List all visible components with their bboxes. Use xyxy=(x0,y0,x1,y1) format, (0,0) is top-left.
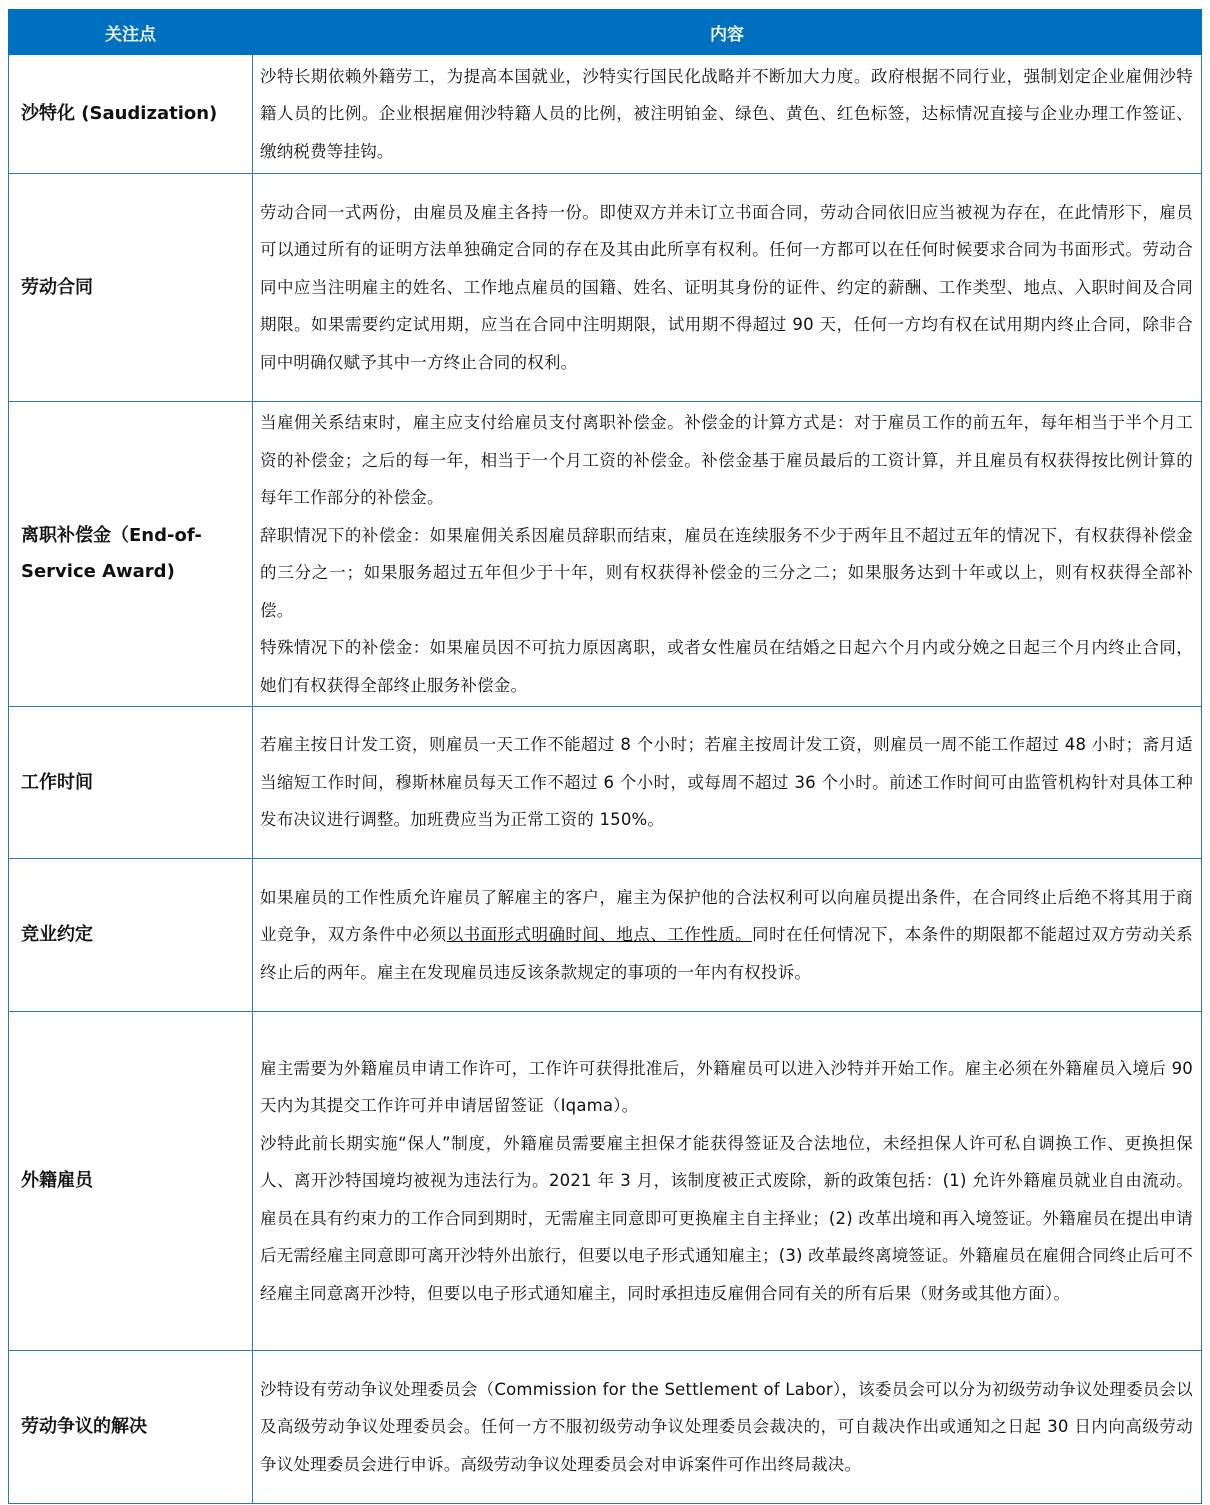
content-cell: 沙特长期依赖外籍劳工，为提高本国就业，沙特实行国民化战略并不断加大力度。政府根据… xyxy=(253,55,1202,174)
topic-cell: 工作时间 xyxy=(9,707,253,859)
content-cell: 若雇主按日计发工资，则雇员一天工作不能超过 8 个小时；若雇主按周计发工资，则雇… xyxy=(253,707,1202,859)
topic-cell: 劳动争议的解决 xyxy=(9,1351,253,1504)
content-paragraph: 劳动合同一式两份，由雇员及雇主各持一份。即使双方并未订立书面合同，劳动合同依旧应… xyxy=(260,194,1193,382)
topic-cell: 离职补偿金（End-of-Service Award) xyxy=(9,402,253,707)
content-cell: 雇主需要为外籍雇员申请工作许可，工作许可获得批准后，外籍雇员可以进入沙特并开始工… xyxy=(253,1012,1202,1351)
column-header-content: 内容 xyxy=(253,10,1202,55)
content-paragraph: 若雇主按日计发工资，则雇员一天工作不能超过 8 个小时；若雇主按周计发工资，则雇… xyxy=(260,726,1193,839)
table-row-labor-contract: 劳动合同 劳动合同一式两份，由雇员及雇主各持一份。即使双方并未订立书面合同，劳动… xyxy=(9,174,1202,402)
table-row-end-of-service-award: 离职补偿金（End-of-Service Award) 当雇佣关系结束时，雇主应… xyxy=(9,402,1202,707)
content-cell: 如果雇员的工作性质允许雇员了解雇主的客户，雇主为保护他的合法权利可以向雇员提出条… xyxy=(253,859,1202,1012)
column-header-focus: 关注点 xyxy=(9,10,253,55)
table-header-row: 关注点 内容 xyxy=(9,10,1202,55)
content-cell: 当雇佣关系结束时，雇主应支付给雇员支付离职补偿金。补偿金的计算方式是：对于雇员工… xyxy=(253,402,1202,707)
content-paragraph: 如果雇员的工作性质允许雇员了解雇主的客户，雇主为保护他的合法权利可以向雇员提出条… xyxy=(260,879,1193,992)
table-row-labor-dispute-resolution: 劳动争议的解决 沙特设有劳动争议处理委员会（Commission for the… xyxy=(9,1351,1202,1504)
content-cell: 沙特设有劳动争议处理委员会（Commission for the Settlem… xyxy=(253,1351,1202,1504)
topic-cell: 外籍雇员 xyxy=(9,1012,253,1351)
content-paragraph: 沙特长期依赖外籍劳工，为提高本国就业，沙特实行国民化战略并不断加大力度。政府根据… xyxy=(260,58,1193,171)
content-paragraph: 特殊情况下的补偿金：如果雇员因不可抗力原因离职，或者女性雇员在结婚之日起六个月内… xyxy=(260,629,1193,704)
table-row-working-hours: 工作时间 若雇主按日计发工资，则雇员一天工作不能超过 8 个小时；若雇主按周计发… xyxy=(9,707,1202,859)
table-row-foreign-employees: 外籍雇员 雇主需要为外籍雇员申请工作许可，工作许可获得批准后，外籍雇员可以进入沙… xyxy=(9,1012,1202,1351)
saudi-labor-law-table: 关注点 内容 沙特化 (Saudization) 沙特长期依赖外籍劳工，为提高本… xyxy=(8,9,1202,1504)
topic-cell: 劳动合同 xyxy=(9,174,253,402)
topic-cell: 竞业约定 xyxy=(9,859,253,1012)
table-row-saudization: 沙特化 (Saudization) 沙特长期依赖外籍劳工，为提高本国就业，沙特实… xyxy=(9,55,1202,174)
table-row-non-compete: 竞业约定 如果雇员的工作性质允许雇员了解雇主的客户，雇主为保护他的合法权利可以向… xyxy=(9,859,1202,1012)
content-paragraph: 当雇佣关系结束时，雇主应支付给雇员支付离职补偿金。补偿金的计算方式是：对于雇员工… xyxy=(260,404,1193,517)
content-paragraph: 沙特设有劳动争议处理委员会（Commission for the Settlem… xyxy=(260,1371,1193,1484)
underlined-text: 以书面形式明确时间、地点、工作性质。 xyxy=(447,925,752,944)
content-cell: 劳动合同一式两份，由雇员及雇主各持一份。即使双方并未订立书面合同，劳动合同依旧应… xyxy=(253,174,1202,402)
content-paragraph: 沙特此前长期实施“保人”制度，外籍雇员需要雇主担保才能获得签证及合法地位，未经担… xyxy=(260,1125,1193,1313)
content-paragraph: 雇主需要为外籍雇员申请工作许可，工作许可获得批准后，外籍雇员可以进入沙特并开始工… xyxy=(260,1050,1193,1125)
topic-cell: 沙特化 (Saudization) xyxy=(9,55,253,174)
content-paragraph: 辞职情况下的补偿金：如果雇佣关系因雇员辞职而结束，雇员在连续服务不少于两年且不超… xyxy=(260,517,1193,630)
